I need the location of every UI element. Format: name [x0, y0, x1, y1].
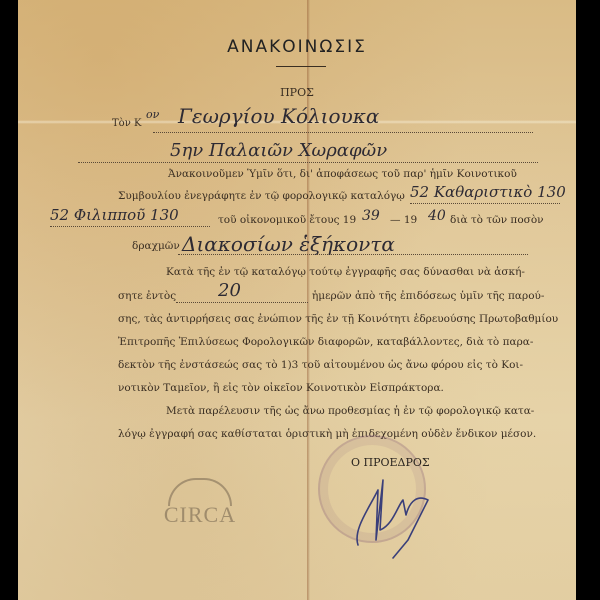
para2-line3: σης, τὰς ἀντιρρήσεις σας ἐνώπιον τῆς ἐν … — [118, 313, 558, 325]
title-underline — [276, 66, 326, 67]
document-page: ΑΝΑΚΟΙΝΩΣΙΣ ΠΡΟΣ Τὸν Κ ον Γεωργίου Κόλιο… — [18, 0, 576, 600]
signatory-title: Ο ΠΡΟΕΔΡΟΣ — [351, 456, 430, 469]
document-title: ΑΝΑΚΟΙΝΩΣΙΣ — [18, 37, 576, 57]
para2-line2-prefix: σητε ἐντὸς — [118, 290, 176, 302]
circa-watermark: CIRCA — [150, 478, 250, 528]
para2-line2-suffix: ἡμερῶν ἀπὸ τῆς ἐπιδόσεως ὑμῖν τῆς παρού- — [312, 290, 544, 302]
recipient-name-line — [153, 132, 533, 133]
para3-line1: Μετὰ παρέλευσιν τῆς ὡς ἄνω προθεσμίας ἡ … — [166, 405, 534, 417]
year-from-handwritten: 39 — [362, 208, 380, 224]
para2-line4: Ἐπιτροπῆς Ἐπιλύσεως Φορολογικῶν διαφορῶν… — [118, 336, 533, 348]
days-handwritten: 20 — [218, 280, 241, 301]
amount-intro: διὰ τὸ τῶν ποσὸν — [450, 214, 544, 226]
tax-list-line — [410, 203, 560, 204]
para2-line5: δεκτὸν τῆς ἐνστάσεώς σας τὸ 1)3 τοῦ αἰτο… — [118, 359, 523, 371]
to-label: ΠΡΟΣ — [18, 86, 576, 99]
president-signature — [348, 470, 438, 560]
amount-handwritten: Διακοσίων ἑξήκοντα — [182, 232, 395, 256]
recipient-name-handwritten: Γεωργίου Κόλιουκα — [178, 104, 379, 128]
drachmas-label: δραχμῶν — [132, 240, 180, 252]
recipient-suffix-handwritten: ον — [146, 108, 159, 121]
tax-list-cont-line — [50, 226, 210, 227]
para2-line1: Κατὰ τῆς ἐν τῷ καταλόγῳ τούτῳ ἐγγραφῆς σ… — [166, 266, 525, 278]
tax-list-handwritten: 52 Καθαριστικὸ 130 — [410, 183, 566, 201]
para1-line1: Ἀνακοινοῦμεν Ὑμῖν ὅτι, δι' ἀποφάσεως τοῦ… — [168, 168, 517, 180]
recipient-address-handwritten: 5ην Παλαιῶν Χωραφῶν — [170, 140, 387, 161]
year-separator: — 19 — [390, 214, 417, 226]
para3-line2: λόγῳ ἐγγραφή σας καθίσταται ὁριστικὴ μὴ … — [118, 428, 536, 440]
recipient-prefix: Τὸν Κ — [112, 118, 141, 129]
para1-line2-prefix: Συμβουλίου ἐνεγράφητε ἐν τῷ φορολογικῷ κ… — [118, 190, 405, 202]
watermark-text: CIRCA — [150, 502, 250, 528]
tax-list-cont-handwritten: 52 Φιλιπποῦ 130 — [50, 206, 179, 224]
fiscal-year-label: τοῦ οἰκονομικοῦ ἔτους 19 — [218, 214, 356, 226]
recipient-address-line — [78, 162, 538, 163]
year-to-handwritten: 40 — [428, 208, 446, 224]
para2-line6: νοτικὸν Ταμεῖον, ἢ εἰς τὸν οἰκεῖον Κοινο… — [118, 382, 444, 394]
days-line — [176, 302, 308, 303]
